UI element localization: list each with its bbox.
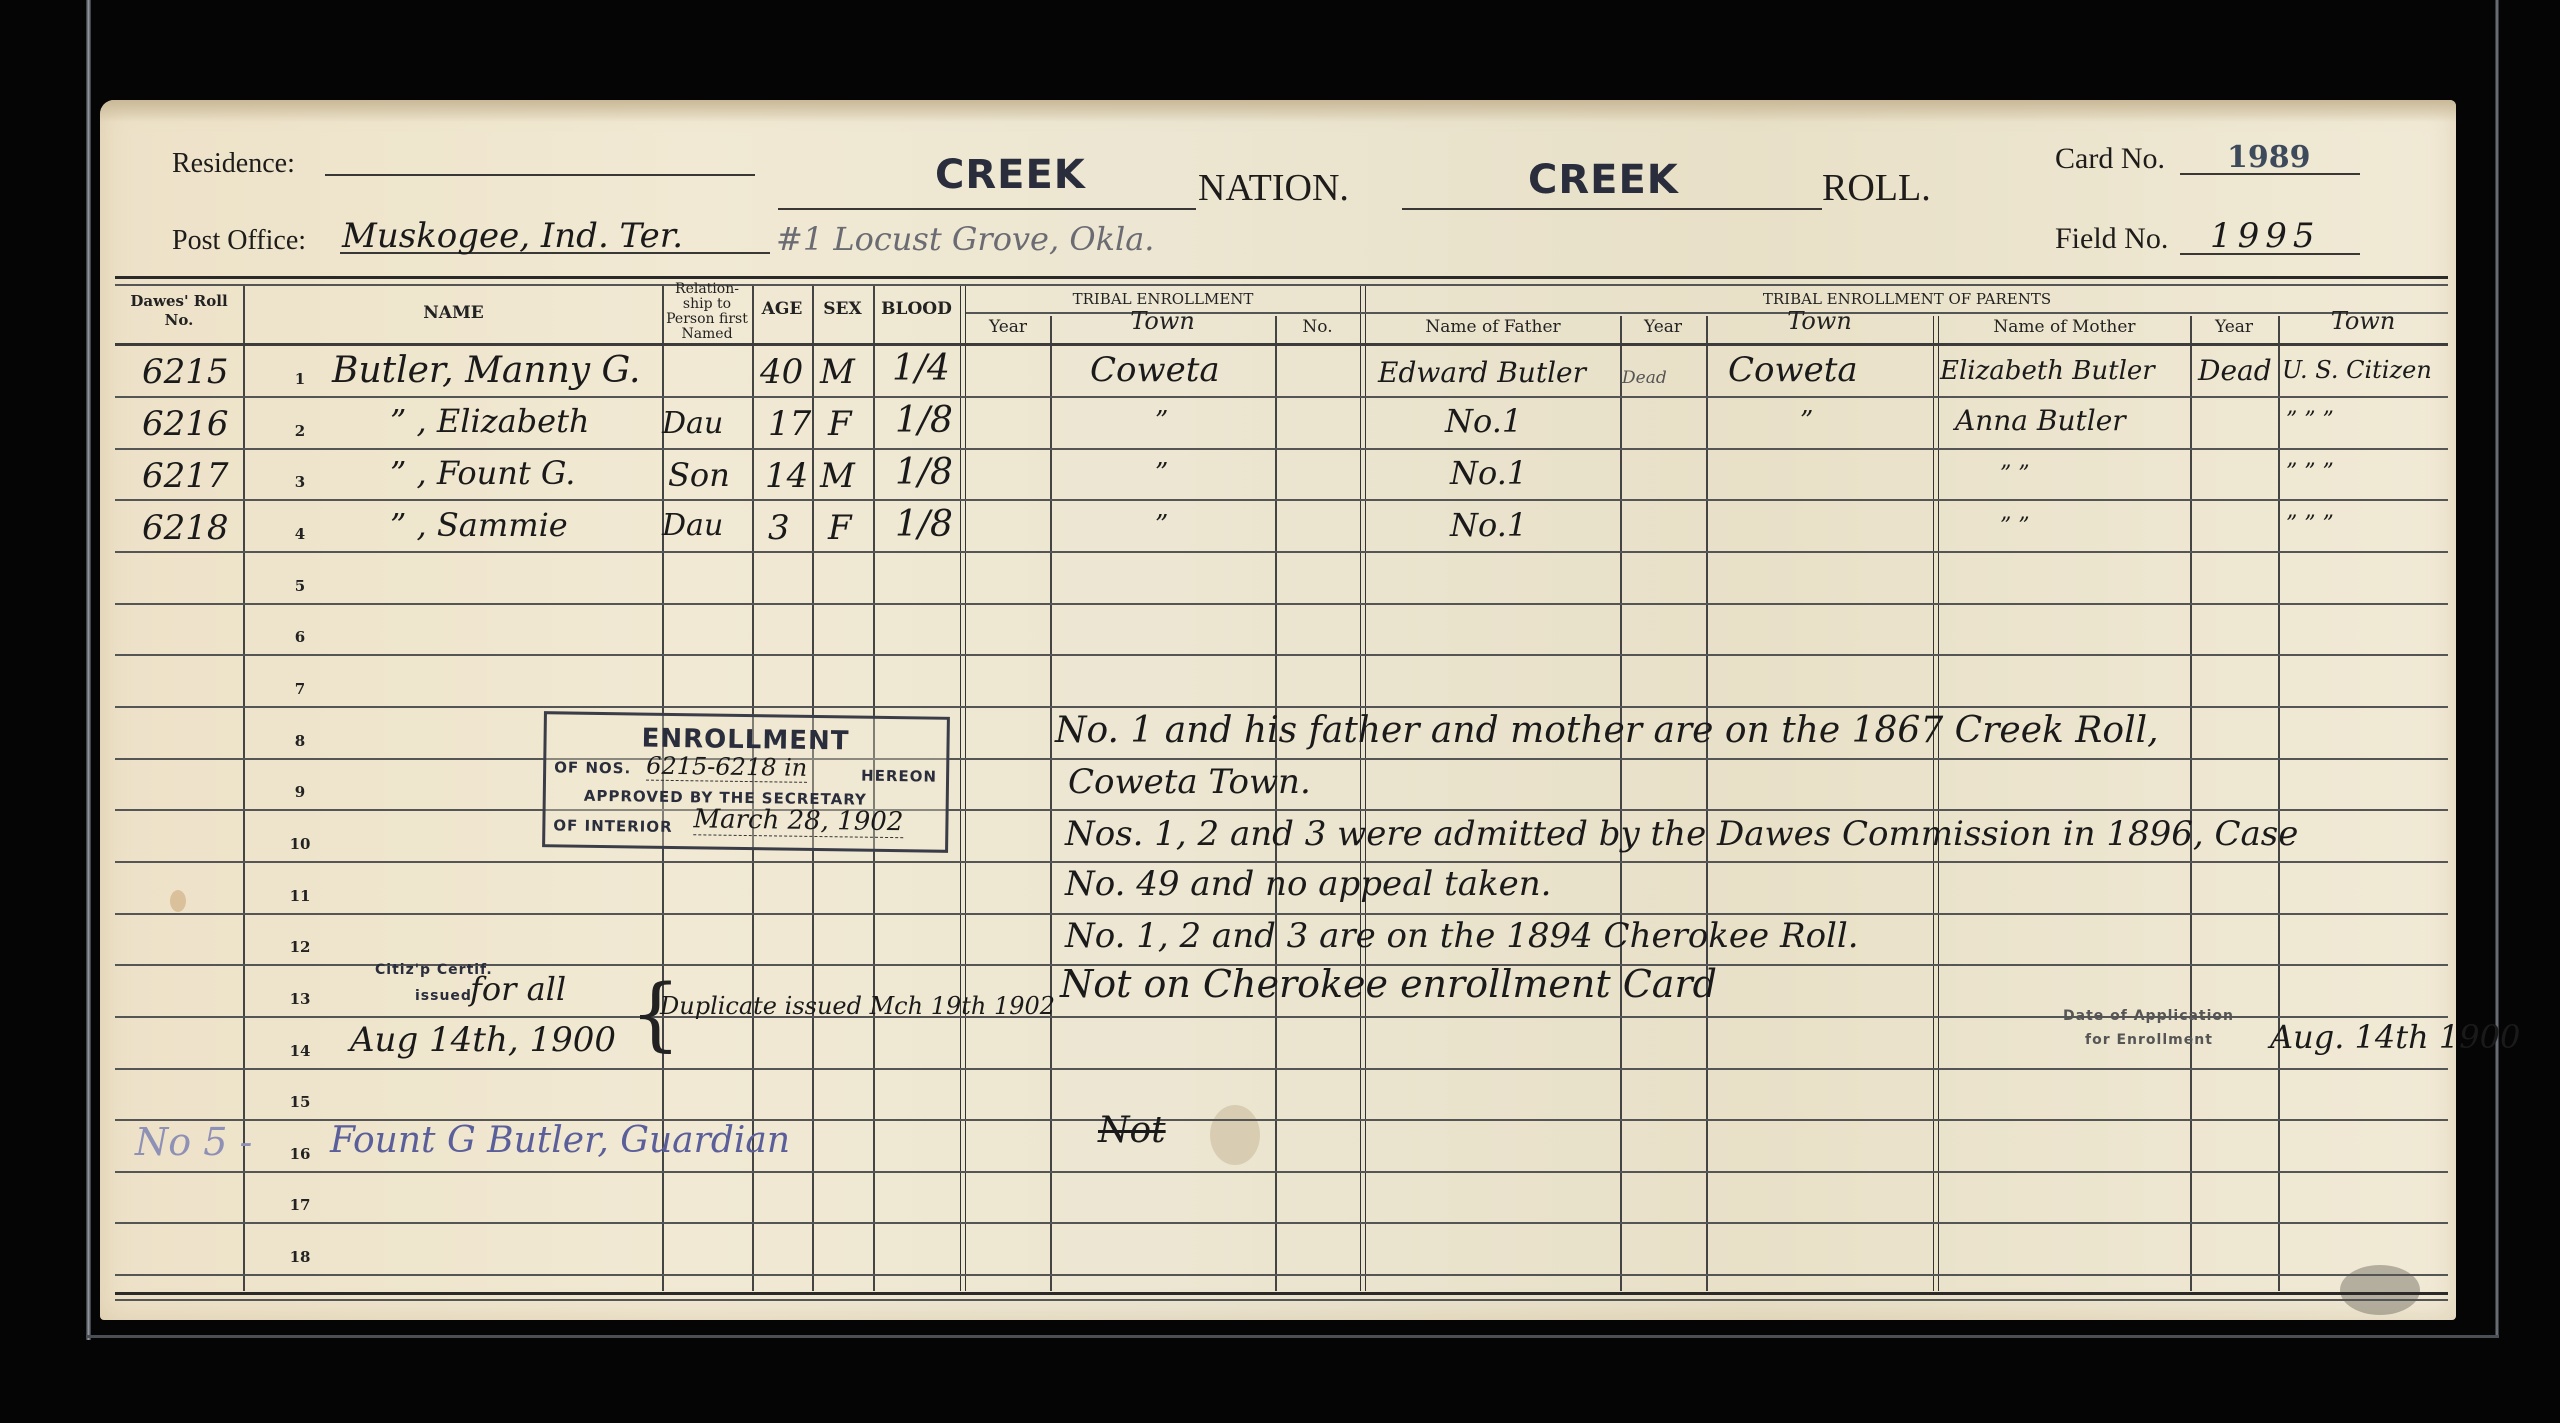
col-te-no: No. [1275, 318, 1360, 337]
dawes-roll-no: 6216 [142, 404, 229, 444]
row-number: 17 [280, 1196, 320, 1214]
father-name: No.1 [1450, 506, 1527, 544]
col-divider-double [1360, 286, 1366, 1291]
col-dawes-roll: Dawes' Roll No. [115, 292, 243, 330]
col-name: NAME [245, 304, 662, 323]
stamp-line1-label: OF NOS. [554, 758, 631, 777]
row16-guardian-note: Fount G Butler, Guardian [330, 1120, 790, 1161]
col-te-town: Town [1050, 312, 1275, 331]
tribal-town: ” [1155, 458, 1168, 488]
mother-name: Anna Butler [1955, 404, 2126, 437]
mother-name: ” ” [2000, 462, 2030, 487]
row-number: 4 [280, 525, 320, 543]
row-number: 3 [280, 473, 320, 491]
row-number: 1 [280, 370, 320, 388]
mother-name: Elizabeth Butler [1940, 356, 2155, 386]
dawes-roll-no: 6217 [142, 456, 229, 496]
father-town: ” [1800, 406, 1813, 436]
application-label-line2: for Enrollment [2085, 1032, 2213, 1048]
citizenship-for-all: for all [470, 970, 566, 1008]
col-divider-double [960, 286, 966, 1291]
torn-top-edge [100, 100, 2456, 122]
row-number: 11 [280, 887, 320, 905]
relationship: Dau [662, 406, 723, 441]
tribal-town: ” [1155, 406, 1168, 436]
relationship: Dau [662, 508, 723, 543]
age: 40 [760, 352, 803, 392]
mother-town: ” ” ” [2286, 408, 2334, 433]
card-no-value: 1989 [2227, 140, 2311, 175]
row-number: 6 [280, 628, 320, 646]
sex: F [828, 508, 852, 548]
application-date: Aug. 14th 1900 [2270, 1018, 2520, 1056]
person-name: ” , Sammie [390, 506, 568, 544]
col-age: AGE [752, 300, 812, 319]
dawes-roll-no: 6215 [142, 352, 229, 392]
col-mother-town: Town [2278, 312, 2448, 331]
father-name: No.1 [1445, 402, 1522, 440]
field-no-value: 1995 [2210, 216, 2321, 256]
blood: 1/8 [895, 504, 953, 545]
col-divider [1275, 316, 1277, 1291]
mother-town: ” ” ” [2286, 460, 2334, 485]
table-top-line [115, 276, 2448, 279]
stamp-line3-value: March 28, 1902 [693, 804, 903, 838]
stamp-line3-label: OF INTERIOR [553, 816, 673, 836]
row16-not-mark: Not [1098, 1110, 1166, 1151]
row16-prefix: No 5 - [135, 1120, 252, 1164]
nation-stamp: CREEK [935, 152, 1086, 198]
mother-town: ” ” ” [2286, 512, 2334, 537]
col-relationship: Relation-ship to Person first Named [662, 282, 752, 342]
row-number: 10 [280, 835, 320, 853]
tribal-town: Coweta [1090, 350, 1220, 390]
col-mother-name: Name of Mother [1939, 318, 2190, 337]
table-bottom-line-2 [115, 1299, 2448, 1301]
stamp-line1-suffix: HEREON [861, 767, 937, 786]
mother-name: ” ” [2000, 514, 2030, 539]
card-no-label: Card No. [2055, 142, 2165, 176]
blood: 1/8 [895, 452, 953, 493]
row-number: 5 [280, 577, 320, 595]
sleeve-left-edge [86, 0, 91, 1340]
application-label-line1: Date of Application [2063, 1008, 2234, 1024]
father-year: Dead [1622, 368, 1667, 388]
nation-label: NATION. [1198, 166, 1349, 210]
mother-town: U. S. Citizen [2282, 356, 2432, 384]
post-office-value: Muskogee, Ind. Ter. [342, 216, 683, 256]
col-father-year: Year [1620, 318, 1706, 337]
father-town: Coweta [1728, 350, 1858, 390]
row-number: 18 [280, 1248, 320, 1266]
citizenship-stamp-line2: issued [415, 988, 472, 1004]
note-line: Nos. 1, 2 and 3 were admitted by the Daw… [1065, 814, 2298, 854]
dawes-roll-no: 6218 [142, 508, 229, 548]
age: 14 [765, 456, 808, 496]
note-line: No. 1, 2 and 3 are on the 1894 Cherokee … [1065, 916, 1859, 956]
col-divider [1050, 316, 1052, 1291]
row-number: 16 [280, 1145, 320, 1163]
enrollment-approval-stamp: ENROLLMENT OF NOS. 6215-6218 in HEREON A… [542, 711, 950, 853]
post-office-added: #1 Locust Grove, Okla. [776, 220, 1154, 258]
table-bottom-line [115, 1292, 2448, 1295]
blood: 1/4 [892, 348, 950, 389]
mother-year: Dead [2198, 354, 2272, 387]
age: 3 [768, 508, 790, 548]
residence-label: Residence: [172, 148, 295, 180]
sex: M [820, 456, 855, 496]
stamp-line1-value: 6215-6218 in [646, 752, 807, 783]
nation-line [778, 208, 1196, 210]
table-top-line-2 [115, 284, 2448, 286]
citizenship-date: Aug 14th, 1900 [350, 1020, 616, 1060]
row-number: 12 [280, 938, 320, 956]
father-name: No.1 [1450, 454, 1527, 492]
col-father-name: Name of Father [1366, 318, 1620, 337]
note-line: Coweta Town. [1068, 762, 1311, 802]
col-divider [1706, 316, 1708, 1291]
col-mother-year: Year [2190, 318, 2278, 337]
roll-stamp: CREEK [1528, 157, 1679, 203]
father-name: Edward Butler [1378, 356, 1586, 389]
blood: 1/8 [895, 400, 953, 441]
row-number: 13 [280, 990, 320, 1008]
note-line: No. 49 and no appeal taken. [1065, 864, 1551, 904]
col-tribal-enrollment-parents: TRIBAL ENROLLMENT OF PARENTS [1366, 290, 2448, 309]
col-te-year: Year [966, 318, 1050, 337]
row-number: 14 [280, 1042, 320, 1060]
header-bottom-line [115, 343, 2448, 346]
col-divider [1620, 316, 1622, 1291]
stain [2340, 1265, 2420, 1315]
row-number: 15 [280, 1093, 320, 1111]
stain [170, 890, 186, 912]
sleeve-right-edge [2495, 0, 2499, 1335]
sex: F [828, 404, 852, 444]
roll-label: ROLL. [1822, 166, 1931, 210]
citizenship-duplicate: Duplicate issued Mch 19th 1902 [660, 992, 1055, 1020]
enrollment-card: Residence: Post Office: Muskogee, Ind. T… [100, 100, 2456, 1320]
sleeve-bottom-edge [86, 1335, 2499, 1338]
row-number: 7 [280, 680, 320, 698]
relationship: Son [668, 456, 730, 494]
col-sex: SEX [812, 300, 873, 319]
field-no-label: Field No. [2055, 222, 2168, 256]
note-line: No. 1 and his father and mother are on t… [1055, 710, 2159, 751]
sex: M [820, 352, 855, 392]
tribal-town: ” [1155, 510, 1168, 540]
row-number: 9 [280, 783, 320, 801]
row-number: 2 [280, 422, 320, 440]
roll-line [1402, 208, 1822, 210]
residence-line [325, 174, 755, 176]
person-name: ” , Elizabeth [390, 402, 590, 440]
stain [1210, 1105, 1260, 1165]
person-name: ” , Fount G. [390, 454, 575, 492]
col-father-town: Town [1706, 312, 1933, 331]
age: 17 [768, 404, 811, 444]
person-name: Butler, Manny G. [332, 350, 640, 391]
col-divider-double [1933, 316, 1939, 1291]
note-line: Not on Cherokee enrollment Card [1060, 962, 1717, 1006]
post-office-label: Post Office: [172, 225, 306, 257]
col-divider [2278, 316, 2280, 1291]
col-divider [2190, 316, 2192, 1291]
row-number: 8 [280, 732, 320, 750]
col-blood: BLOOD [873, 300, 960, 319]
